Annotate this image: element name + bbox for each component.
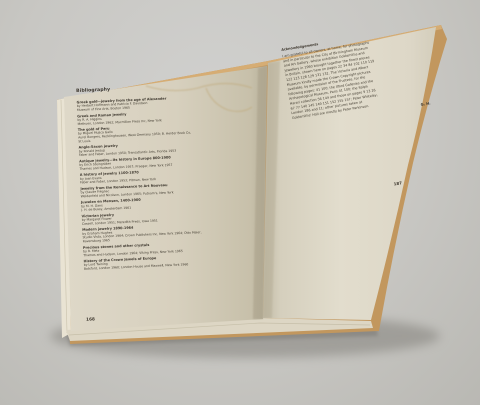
bibliography-entries: Greek gold—jewelry from the age of Alexa… bbox=[77, 93, 262, 272]
left-page-number: 168 bbox=[86, 316, 95, 321]
photo-background: Bibliography Greek gold—jewelry from the… bbox=[0, 0, 480, 405]
bibliography-page: Bibliography Greek gold—jewelry from the… bbox=[76, 80, 262, 273]
